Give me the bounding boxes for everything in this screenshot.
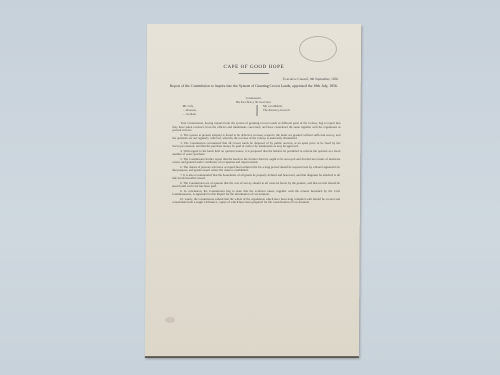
commission-chair: His Excellency the Governor.	[147, 101, 361, 105]
member: The Attorney-General.	[263, 109, 331, 113]
title-rule	[239, 73, 269, 74]
paragraph: 7. It is also recommended that the bound…	[172, 174, 340, 181]
library-stamp	[299, 36, 337, 62]
commission-members: Mr. Cole, — Rawson, — Graham. Mr. von Ma…	[183, 105, 331, 116]
members-right: Mr. von Maltitz, The Attorney-General.	[263, 105, 331, 116]
paragraph: 3. The Commission recommend that all Cro…	[172, 142, 340, 149]
paper-edge	[145, 356, 359, 358]
paragraph: 10. Lastly, the Commission submit that t…	[172, 198, 340, 205]
paragraph: 2. The system at present adopted is foun…	[172, 134, 340, 141]
members-divider	[256, 105, 257, 116]
paper-smudge	[165, 317, 175, 323]
paragraph: 9. In conclusion, the Commission beg to …	[172, 190, 340, 197]
commission-block: Commission: His Excellency the Governor.	[147, 97, 361, 104]
document-title: CAPE OF GOOD HOPE	[147, 65, 361, 70]
paragraph: Your Commission, having inquired into th…	[172, 122, 340, 133]
report-heading: Report of the Commission to inquire into…	[161, 84, 347, 89]
member: — Graham.	[183, 113, 251, 117]
paragraph: 6. The claims of persons who have occupi…	[172, 166, 340, 173]
paragraph: 8. The Commission are of opinion that th…	[172, 182, 340, 189]
paragraph: 4. With regard to the lands held on quit…	[172, 150, 340, 157]
members-left: Mr. Cole, — Rawson, — Graham.	[183, 105, 251, 116]
paragraph: 5. The Commission further report that th…	[172, 158, 340, 165]
document-page: CAPE OF GOOD HOPE Executive Council, 9th…	[145, 24, 361, 357]
dateline: Executive Council, 9th September, 1856.	[283, 77, 339, 81]
report-body: Your Commission, having inquired into th…	[172, 122, 341, 206]
